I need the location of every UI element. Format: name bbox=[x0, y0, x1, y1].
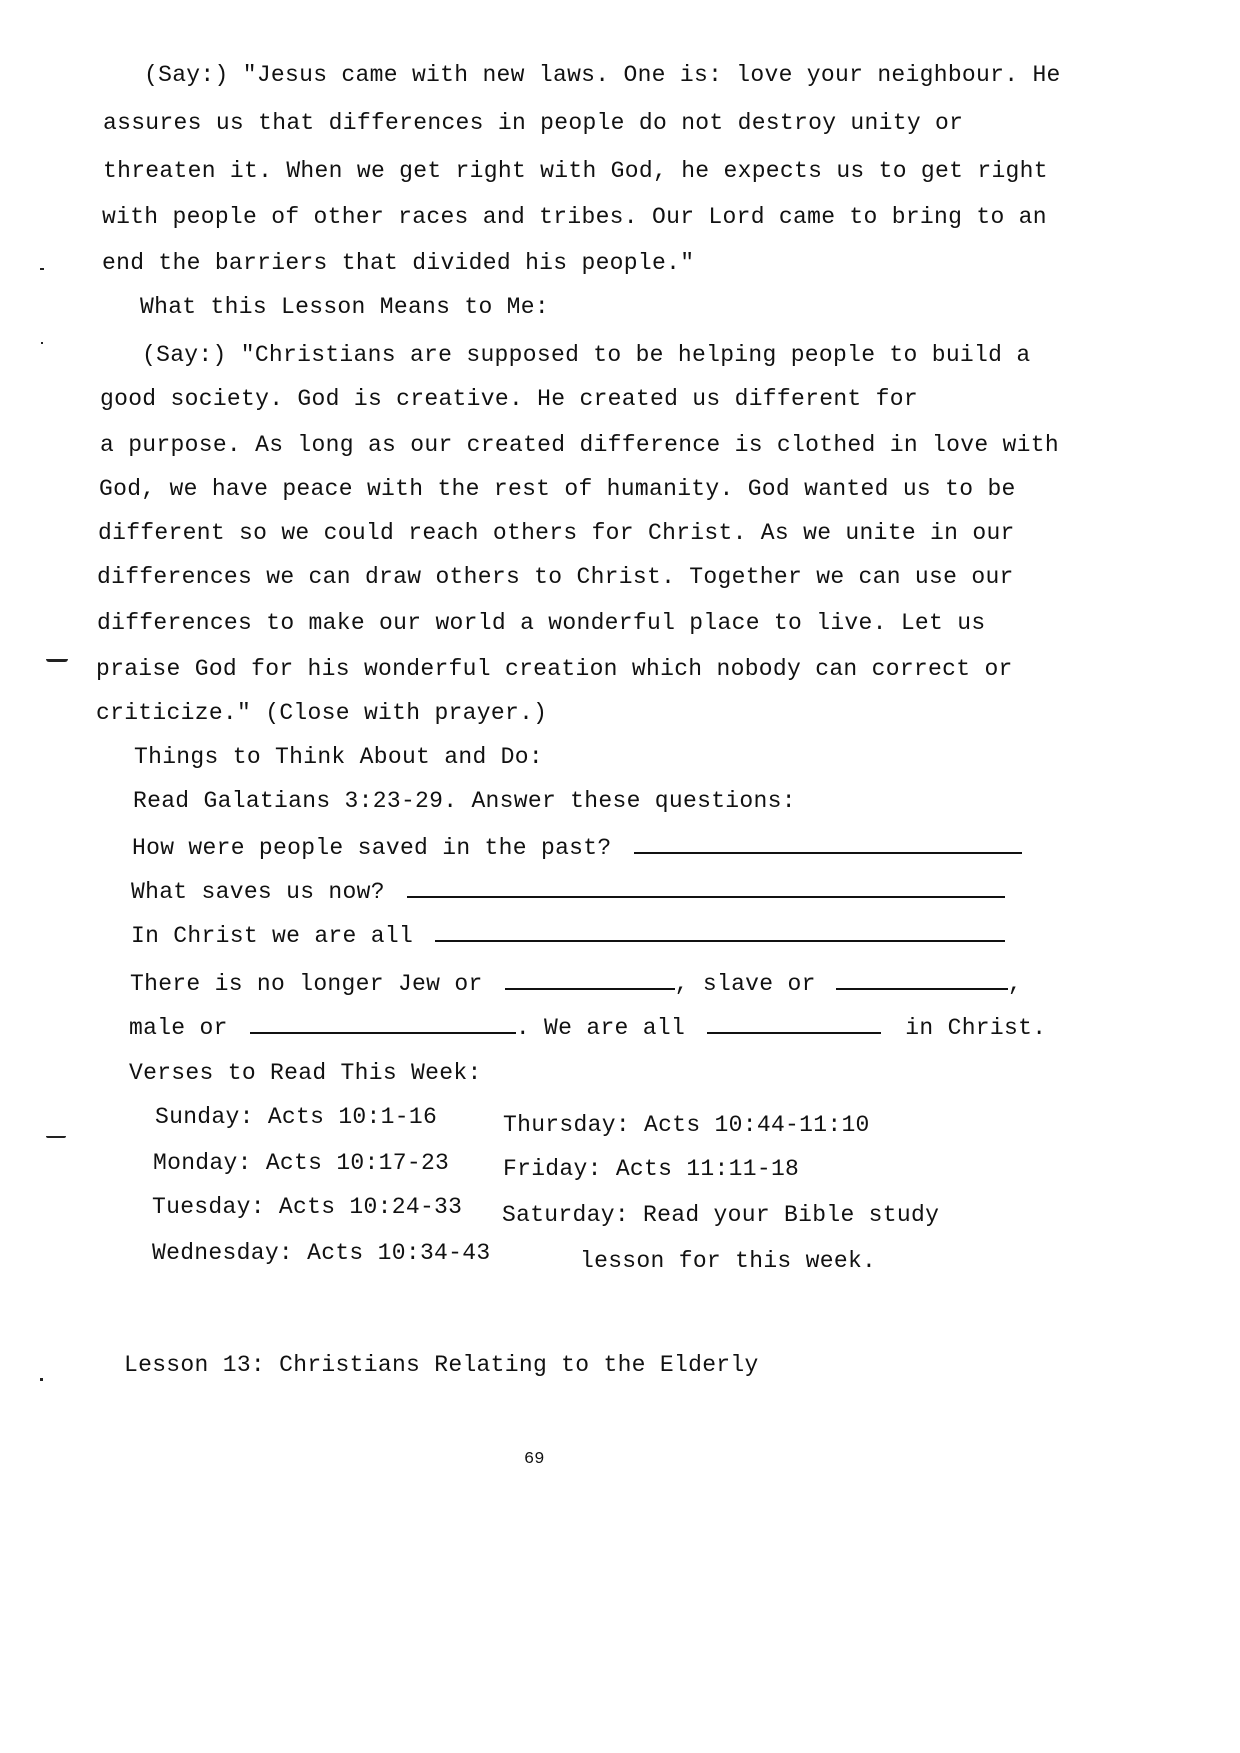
meaning-line-2: good society. God is creative. He create… bbox=[100, 386, 918, 412]
verse-thursday: Thursday: Acts 10:44-11:10 bbox=[503, 1112, 870, 1138]
question-3: In Christ we are all bbox=[131, 922, 1005, 949]
meaning-line-5: different so we could reach others for C… bbox=[98, 520, 1015, 546]
question-4-label-b: , slave or bbox=[675, 971, 816, 997]
scan-mark bbox=[46, 659, 68, 662]
answer-blank-5b[interactable] bbox=[707, 1014, 881, 1034]
question-1-label: How were people saved in the past? bbox=[132, 835, 611, 861]
answer-blank-4a[interactable] bbox=[505, 970, 675, 990]
page-number: 69 bbox=[524, 1450, 544, 1469]
scan-mark bbox=[41, 342, 43, 344]
verse-sunday: Sunday: Acts 10:1-16 bbox=[155, 1104, 437, 1130]
meaning-line-6: differences we can draw others to Christ… bbox=[97, 564, 1014, 590]
answer-blank-3[interactable] bbox=[435, 922, 1005, 942]
question-5-label-b: . We are all bbox=[516, 1015, 685, 1041]
answer-blank-4b[interactable] bbox=[836, 970, 1008, 990]
meaning-line-1: (Say:) "Christians are supposed to be he… bbox=[142, 342, 1030, 368]
answer-blank-1[interactable] bbox=[634, 834, 1022, 854]
question-4-label-c: , bbox=[1008, 971, 1022, 997]
meaning-line-9: criticize." (Close with prayer.) bbox=[96, 700, 547, 726]
verse-monday: Monday: Acts 10:17-23 bbox=[153, 1150, 449, 1176]
verse-saturday-line-2: lesson for this week. bbox=[580, 1248, 876, 1274]
question-5-label-c: in Christ. bbox=[905, 1015, 1046, 1041]
question-2: What saves us now? bbox=[131, 878, 1005, 905]
scan-mark bbox=[40, 268, 44, 270]
intro-line-4: with people of other races and tribes. O… bbox=[102, 204, 1047, 230]
meaning-heading: What this Lesson Means to Me: bbox=[140, 294, 549, 320]
scan-mark bbox=[46, 1136, 66, 1138]
question-3-label: In Christ we are all bbox=[131, 923, 413, 949]
question-1: How were people saved in the past? bbox=[132, 834, 1022, 861]
answer-blank-5a[interactable] bbox=[250, 1014, 516, 1034]
verse-saturday-line-1: Saturday: Read your Bible study bbox=[502, 1202, 939, 1228]
question-5: male or . We are all in Christ. bbox=[129, 1014, 1046, 1041]
intro-line-1: (Say:) "Jesus came with new laws. One is… bbox=[144, 62, 1061, 88]
intro-line-2: assures us that differences in people do… bbox=[103, 110, 963, 136]
answer-blank-2[interactable] bbox=[407, 878, 1005, 898]
verse-tuesday: Tuesday: Acts 10:24-33 bbox=[152, 1194, 462, 1220]
meaning-line-8: praise God for his wonderful creation wh… bbox=[96, 656, 1013, 682]
meaning-line-3: a purpose. As long as our created differ… bbox=[100, 432, 1059, 458]
intro-line-5: end the barriers that divided his people… bbox=[102, 250, 694, 276]
verses-heading: Verses to Read This Week: bbox=[129, 1060, 482, 1086]
question-5-label-a: male or bbox=[129, 1015, 228, 1041]
question-4: There is no longer Jew or , slave or , bbox=[130, 970, 1022, 997]
intro-line-3: threaten it. When we get right with God,… bbox=[103, 158, 1048, 184]
question-4-label-a: There is no longer Jew or bbox=[130, 971, 483, 997]
meaning-line-7: differences to make our world a wonderfu… bbox=[97, 610, 985, 636]
question-2-label: What saves us now? bbox=[131, 879, 385, 905]
read-instruction: Read Galatians 3:23-29. Answer these que… bbox=[133, 788, 796, 814]
meaning-line-4: God, we have peace with the rest of huma… bbox=[99, 476, 1016, 502]
verse-friday: Friday: Acts 11:11-18 bbox=[503, 1156, 799, 1182]
scan-mark bbox=[40, 1378, 43, 1381]
next-lesson-title: Lesson 13: Christians Relating to the El… bbox=[124, 1352, 759, 1378]
verse-wednesday: Wednesday: Acts 10:34-43 bbox=[152, 1240, 490, 1266]
think-heading: Things to Think About and Do: bbox=[134, 744, 543, 770]
